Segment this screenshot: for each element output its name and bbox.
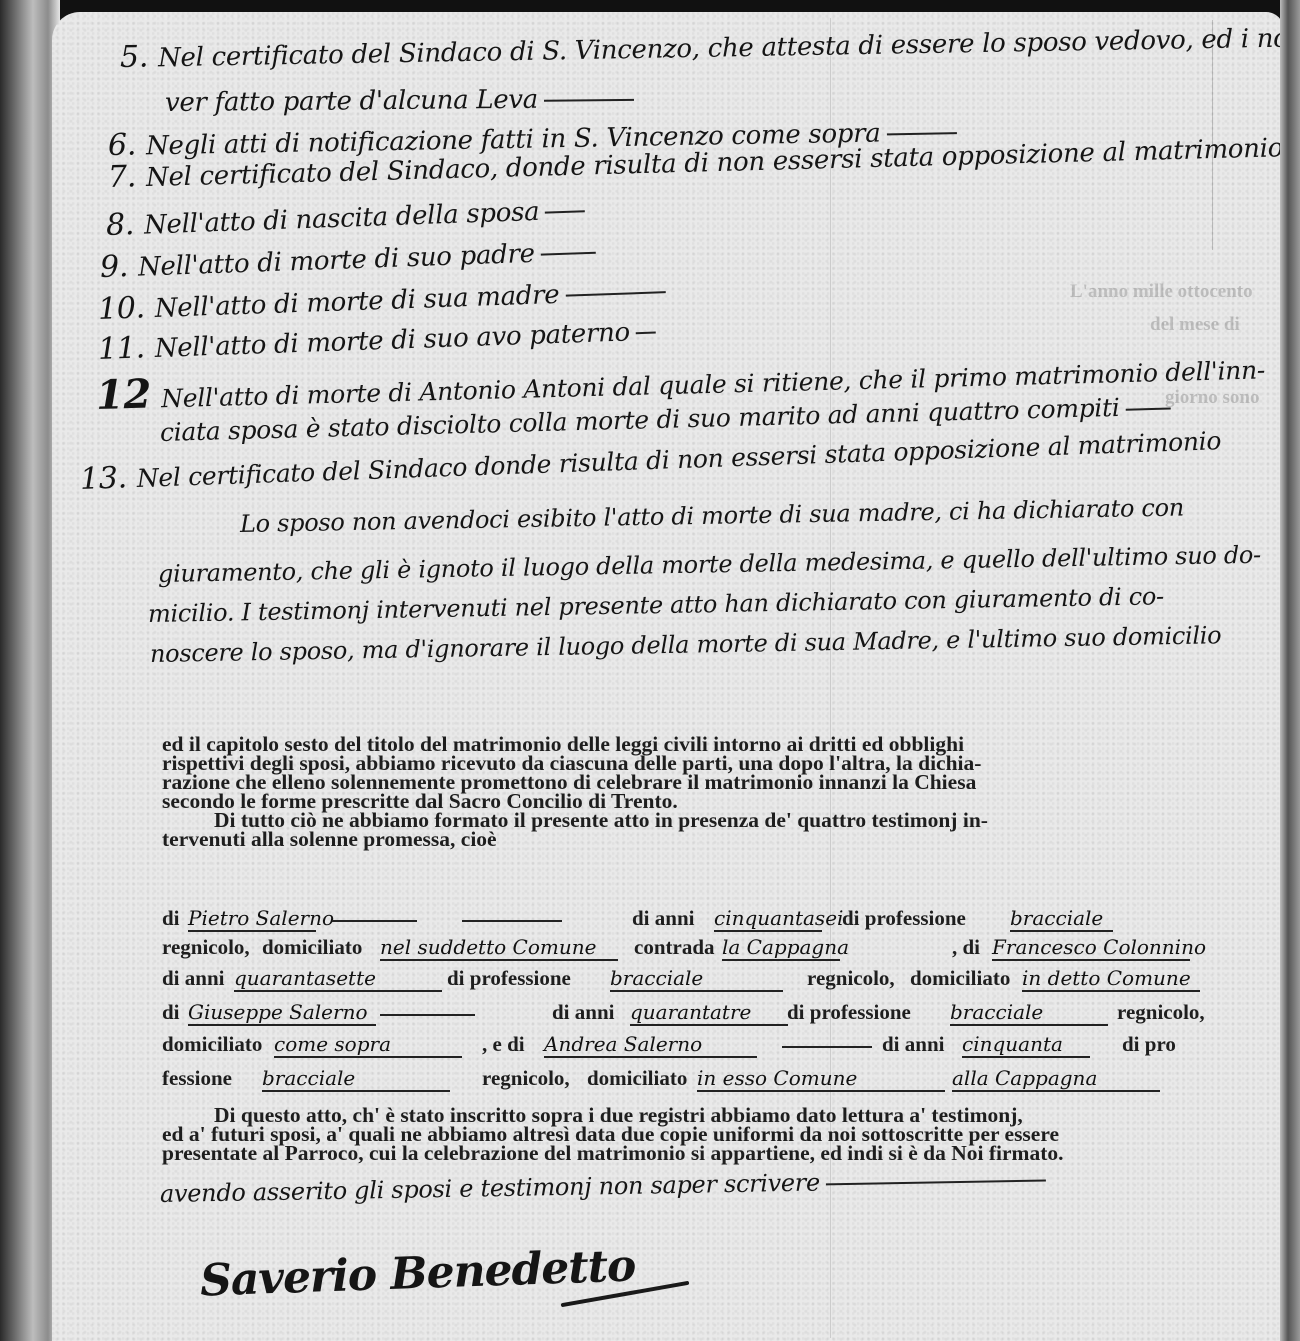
witness-name: Giuseppe Salerno [188,1000,376,1026]
witness-street: alla Cappagna [952,1066,1160,1092]
witness-row-3: di anni quarantasette di professione bra… [162,966,1222,990]
witness-age: quarantatre [630,1000,788,1026]
witness-profession: bracciale [262,1066,450,1092]
witness-domicile: come sopra [274,1032,462,1058]
witness-age: quarantasette [234,966,442,992]
printed-paragraph: ed il capitolo sesto del titolo del matr… [162,735,1222,849]
witness-profession: bracciale [950,1000,1108,1026]
printed-closing-paragraph: Di questo atto, ch' è stato inscritto so… [162,1106,1222,1163]
witness-domicile: nel suddetto Comune [380,935,618,961]
witness-name: Pietro Salerno [188,906,316,932]
witness-name: Andrea Salerno [544,1032,757,1058]
page-right-edge [1280,0,1300,1341]
book-spine [0,0,60,1341]
handwritten-entry-continuation: ver fatto parte d'alcuna Leva [165,84,634,118]
witness-row-4: di Giuseppe Salerno di anni quarantatre … [162,1000,1222,1024]
witness-row-5: domiciliato come sopra , e di Andrea Sal… [162,1032,1222,1056]
witness-domicile: in detto Comune [1022,966,1200,992]
witness-age: cinquantasei [714,906,822,932]
witness-name: Francesco Colonnino [992,935,1190,961]
witness-profession: bracciale [1010,906,1113,932]
witness-row-2: regnicolo, domiciliato nel suddetto Comu… [162,935,1222,959]
witness-profession: bracciale [610,966,783,992]
witness-age: cinquanta [962,1032,1090,1058]
witness-street: la Cappagna [722,935,840,961]
witness-row-6: fessione bracciale regnicolo, domiciliat… [162,1066,1222,1090]
witness-domicile: in esso Comune [697,1066,945,1092]
bleedthrough-text: del mese di [1150,305,1240,345]
witness-row-1: di Pietro Salerno di anni cinquantasei d… [162,906,1222,930]
